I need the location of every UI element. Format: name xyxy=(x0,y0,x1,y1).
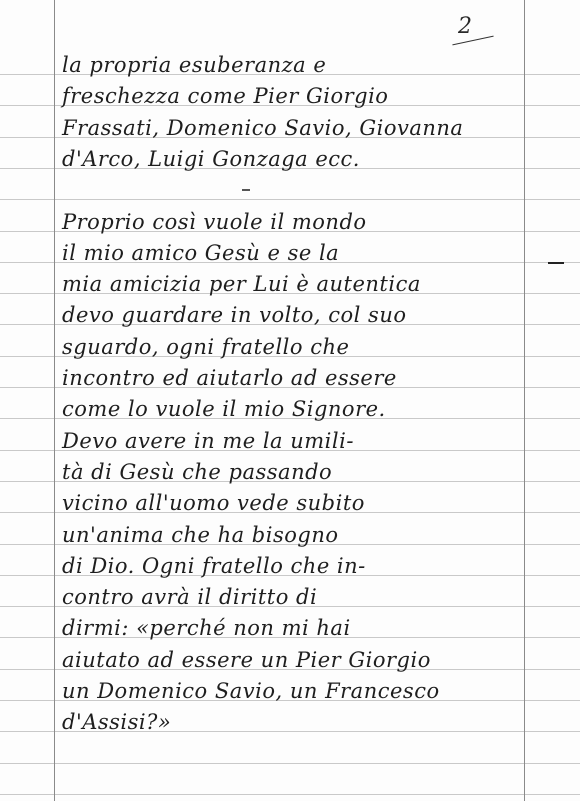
text-line: d'Arco, Luigi Gonzaga ecc. xyxy=(62,146,522,172)
ruled-line xyxy=(0,763,580,764)
text-line: mia amicizia per Lui è autentica xyxy=(62,271,522,297)
text-line: aiutato ad essere un Pier Giorgio xyxy=(62,647,522,673)
text-line: freschezza come Pier Giorgio xyxy=(62,83,522,109)
text-line: la propria esuberanza e xyxy=(62,52,522,78)
text-line: un'anima che ha bisogno xyxy=(62,522,522,548)
text-line: di Dio. Ogni fratello che in- xyxy=(62,553,522,579)
ruled-line xyxy=(0,199,580,200)
margin-dash-mark xyxy=(548,262,564,264)
text-line: tà di Gesù che passando xyxy=(62,459,522,485)
right-margin-line xyxy=(524,0,525,801)
section-break-mark xyxy=(242,189,250,191)
text-line: d'Assisi?» xyxy=(62,709,522,735)
ruled-line xyxy=(0,794,580,795)
text-line: Devo avere in me la umili- xyxy=(62,428,522,454)
notebook-page: 2 la propria esuberanza efreschezza come… xyxy=(0,0,580,801)
text-line: come lo vuole il mio Signore. xyxy=(62,396,522,422)
text-line: devo guardare in volto, col suo xyxy=(62,302,522,328)
left-margin-line xyxy=(54,0,55,801)
text-line: dirmi: «perché non mi hai xyxy=(62,615,522,641)
text-line: Frassati, Domenico Savio, Giovanna xyxy=(62,115,522,141)
page-number: 2 xyxy=(458,14,472,39)
text-line: un Domenico Savio, un Francesco xyxy=(62,678,522,704)
text-line: contro avrà il diritto di xyxy=(62,584,522,610)
text-line: Proprio così vuole il mondo xyxy=(62,209,522,235)
text-line: incontro ed aiutarlo ad essere xyxy=(62,365,522,391)
text-line: il mio amico Gesù e se la xyxy=(62,240,522,266)
text-line: vicino all'uomo vede subito xyxy=(62,490,522,516)
text-line: sguardo, ogni fratello che xyxy=(62,334,522,360)
